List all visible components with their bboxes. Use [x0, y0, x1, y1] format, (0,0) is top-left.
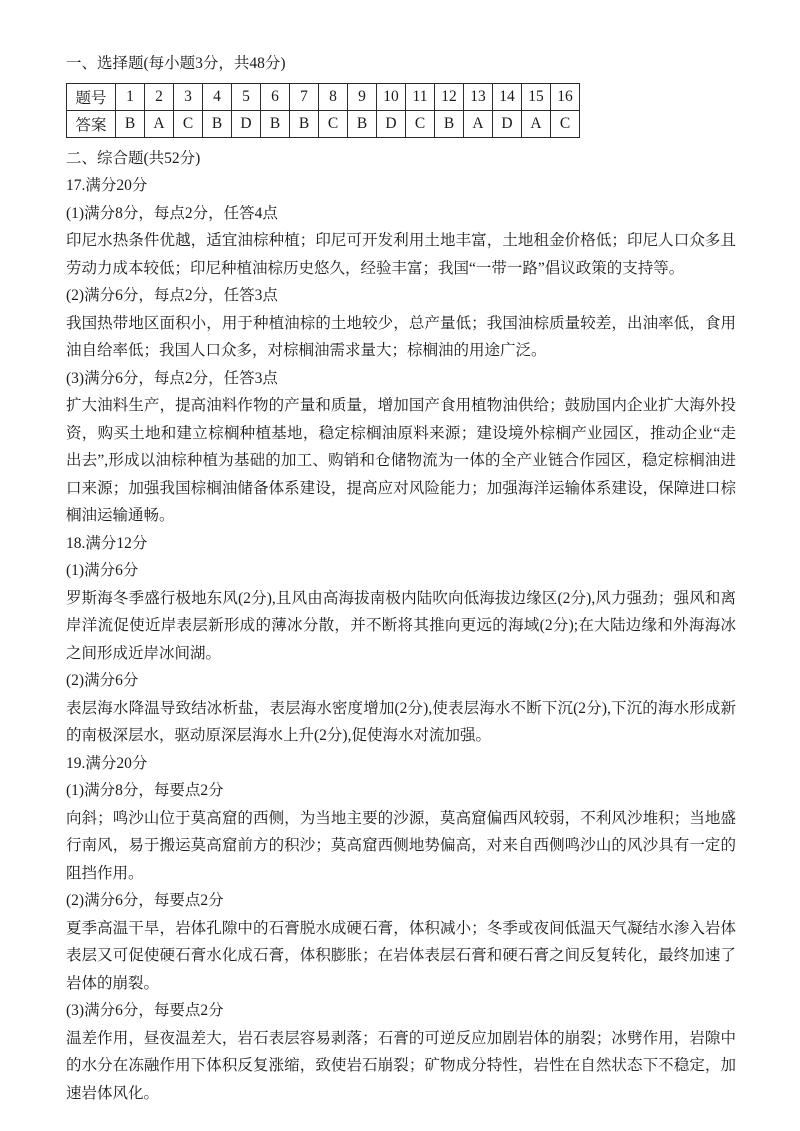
question-number-cell: 16	[551, 83, 580, 110]
question-number-cell: 10	[377, 83, 406, 110]
section-choice-title: 一、选择题(每小题3分，共48分)	[66, 50, 736, 78]
answer-cell: B	[290, 110, 319, 137]
answer-cell: A	[464, 110, 493, 137]
answer-cell: B	[116, 110, 145, 137]
question-number-cell: 3	[174, 83, 203, 110]
question-18-title: 18.满分12分	[66, 530, 736, 558]
answer-cell: A	[522, 110, 551, 137]
question-number-cell: 2	[145, 83, 174, 110]
question-number-cell: 5	[232, 83, 261, 110]
question-17: 17.满分20分 (1)满分8分，每点2分，任答4点 印尼水热条件优越，适宜油棕…	[66, 172, 736, 530]
table-row: 答案BACBDBBCBDCBADAC	[67, 110, 580, 137]
question-17-part-2-heading: (2)满分6分，每点2分，任答3点	[66, 282, 736, 310]
question-number-cell: 15	[522, 83, 551, 110]
question-18-part-2-heading: (2)满分6分	[66, 667, 736, 695]
question-18-part-2-answer: 表层海水降温导致结冰析盐，表层海水密度增加(2分),使表层海水不断下沉(2分),…	[66, 695, 736, 750]
answer-cell: D	[493, 110, 522, 137]
question-number-cell: 11	[406, 83, 435, 110]
section-comprehensive-title: 二、综合题(共52分)	[66, 145, 736, 173]
question-18-part-1-heading: (1)满分6分	[66, 557, 736, 585]
question-number-cell: 1	[116, 83, 145, 110]
question-number-row-header: 题号	[67, 83, 116, 110]
question-19-part-1-answer: 向斜；鸣沙山位于莫高窟的西侧，为当地主要的沙源，莫高窟偏西风较弱，不利风沙堆积；…	[66, 805, 736, 888]
question-19: 19.满分20分 (1)满分8分，每要点2分 向斜；鸣沙山位于莫高窟的西侧，为当…	[66, 750, 736, 1108]
question-19-part-2-answer: 夏季高温干旱，岩体孔隙中的石膏脱水成硬石膏，体积减小；冬季或夜间低温天气凝结水渗…	[66, 915, 736, 998]
question-17-part-3-heading: (3)满分6分，每点2分，任答3点	[66, 365, 736, 393]
question-number-cell: 13	[464, 83, 493, 110]
question-17-part-2-answer: 我国热带地区面积小，用于种植油棕的土地较少，总产量低；我国油棕质量较差，出油率低…	[66, 310, 736, 365]
answer-cell: C	[319, 110, 348, 137]
question-number-cell: 14	[493, 83, 522, 110]
question-number-cell: 7	[290, 83, 319, 110]
question-19-part-3-answer: 温差作用，昼夜温差大，岩石表层容易剥落；石膏的可逆反应加剧岩体的崩裂；冰劈作用，…	[66, 1025, 736, 1108]
question-17-part-1-answer: 印尼水热条件优越，适宜油棕种植；印尼可开发利用土地丰富，土地租金价格低；印尼人口…	[66, 227, 736, 282]
question-number-cell: 8	[319, 83, 348, 110]
table-row: 题号12345678910111213141516	[67, 83, 580, 110]
question-19-title: 19.满分20分	[66, 750, 736, 778]
answer-cell: B	[203, 110, 232, 137]
answer-cell: B	[435, 110, 464, 137]
answer-cell: B	[348, 110, 377, 137]
question-18: 18.满分12分 (1)满分6分 罗斯海冬季盛行极地东风(2分),且风由高海拔南…	[66, 530, 736, 750]
question-17-title: 17.满分20分	[66, 172, 736, 200]
question-number-cell: 4	[203, 83, 232, 110]
question-19-part-2-heading: (2)满分6分，每要点2分	[66, 887, 736, 915]
answer-cell: A	[145, 110, 174, 137]
answer-cell: C	[551, 110, 580, 137]
question-19-part-3-heading: (3)满分6分，每要点2分	[66, 997, 736, 1025]
answer-cell: C	[406, 110, 435, 137]
question-number-cell: 12	[435, 83, 464, 110]
question-17-part-1-heading: (1)满分8分，每点2分，任答4点	[66, 200, 736, 228]
answer-table: 题号12345678910111213141516答案BACBDBBCBDCBA…	[66, 83, 580, 138]
answer-cell: D	[377, 110, 406, 137]
answer-cell: D	[232, 110, 261, 137]
question-number-cell: 6	[261, 83, 290, 110]
question-19-part-1-heading: (1)满分8分，每要点2分	[66, 777, 736, 805]
question-number-cell: 9	[348, 83, 377, 110]
answer-cell: B	[261, 110, 290, 137]
answer-cell: C	[174, 110, 203, 137]
question-17-part-3-answer: 扩大油料生产，提高油料作物的产量和质量，增加国产食用植物油供给；鼓励国内企业扩大…	[66, 392, 736, 530]
answer-key-page: 一、选择题(每小题3分，共48分) 题号12345678910111213141…	[0, 0, 800, 1131]
answer-row-header: 答案	[67, 110, 116, 137]
question-18-part-1-answer: 罗斯海冬季盛行极地东风(2分),且风由高海拔南极内陆吹向低海拔边缘区(2分),风…	[66, 585, 736, 668]
